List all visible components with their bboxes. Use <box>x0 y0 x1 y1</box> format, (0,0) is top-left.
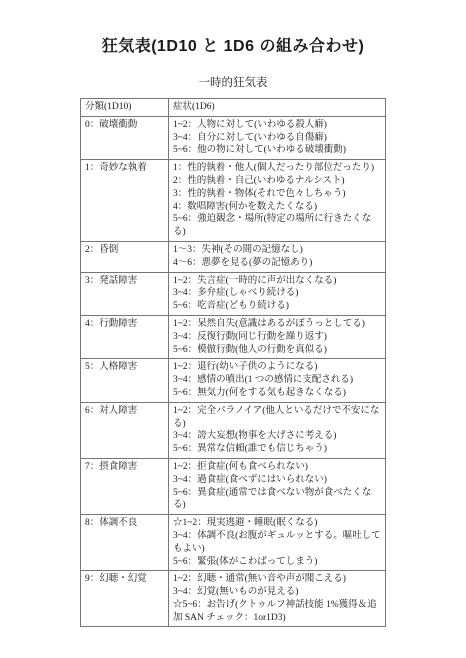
symptom-line: 3~4：体調不良(お腹がギュルッとする。嘔吐してもよい) <box>173 530 382 556</box>
madness-table-body: 0：破壊衝動1~2：人物に対して(いわゆる殺人癖)3~4：自分に対して(いわゆる… <box>81 116 386 627</box>
table-row: 1：奇妙な執着1：性的執着・他人(個人だったり部位だったり)2：性的執着・自己(… <box>81 160 386 242</box>
category-cell: 4：行動障害 <box>81 315 169 358</box>
table-row: 3：発話障害1~2：失言症(一時的に声が出なくなる)3~4：多弁症(しゃべり続け… <box>81 272 386 315</box>
symptom-line: 3~4：感情の噴出(1 つの感情に支配される) <box>173 374 382 387</box>
page-title: 狂気表(1D10 と 1D6 の組み合わせ) <box>0 36 466 57</box>
symptom-line: 3~4：反復行動(同じ行動を繰り返す) <box>173 331 382 344</box>
symptoms-cell: 1~2：退行(幼い子供のようになる)3~4：感情の噴出(1 つの感情に支配される… <box>169 359 386 402</box>
symptoms-cell: 1～3：失神(その間の記憶なし)4～6：悪夢を見る(夢の記憶あり) <box>169 241 386 272</box>
category-cell: 3：発話障害 <box>81 272 169 315</box>
category-cell: 9：幻聴・幻覚 <box>81 571 169 627</box>
symptom-line: 1~2：完全パラノイア(他人といるだけで不安になる) <box>173 405 382 431</box>
category-cell: 1：奇妙な執着 <box>81 160 169 242</box>
symptom-line: ☆1~2：現実逃避・睡眠(眠くなる) <box>173 517 382 530</box>
symptom-line: 5~6：吃音症(どもり続ける) <box>173 300 382 313</box>
symptom-line: 5~6：異食症(通常では食べない物が食べたくなる) <box>173 487 382 513</box>
symptom-line: 3~4：誇大妄想(物事を大げさに考える) <box>173 430 382 443</box>
symptom-line: 1~2：幻聴・通常(無い音や声が聞こえる) <box>173 573 382 586</box>
table-row: 9：幻聴・幻覚1~2：幻聴・通常(無い音や声が聞こえる)3~4：幻覚(無いものが… <box>81 571 386 627</box>
symptom-line: 3~4：過食症(食べずにはいられない) <box>173 474 382 487</box>
symptoms-cell: ☆1~2：現実逃避・睡眠(眠くなる)3~4：体調不良(お腹がギュルッとする。嘔吐… <box>169 515 386 571</box>
symptom-line: 2：性的執着・自己(いわゆるナルシスト) <box>173 175 382 188</box>
symptom-line: 5~6：異常な信頼(誰でも信じちゃう) <box>173 443 382 456</box>
symptom-line: 5~6：強迫観念・場所(特定の場所に行きたくなる) <box>173 213 382 239</box>
category-cell: 5：人格障害 <box>81 359 169 402</box>
temporary-madness-table: 分類(1D10) 症状(1D6) 0：破壊衝動1~2：人物に対して(いわゆる殺人… <box>80 98 386 627</box>
table-row: 0：破壊衝動1~2：人物に対して(いわゆる殺人癖)3~4：自分に対して(いわゆる… <box>81 116 386 159</box>
symptoms-cell: 1~2：人物に対して(いわゆる殺人癖)3~4：自分に対して(いわゆる自傷癖)5~… <box>169 116 386 159</box>
symptoms-cell: 1~2：呆然自失(意識はあるがぼうっとしてる)3~4：反復行動(同じ行動を繰り返… <box>169 315 386 358</box>
table-row: 8：体調不良☆1~2：現実逃避・睡眠(眠くなる)3~4：体調不良(お腹がギュルッ… <box>81 515 386 571</box>
symptoms-cell: 1：性的執着・他人(個人だったり部位だったり)2：性的執着・自己(いわゆるナルシ… <box>169 160 386 242</box>
table-row: 2：昏倒1～3：失神(その間の記憶なし)4～6：悪夢を見る(夢の記憶あり) <box>81 241 386 272</box>
category-cell: 8：体調不良 <box>81 515 169 571</box>
symptom-line: 1~2：人物に対して(いわゆる殺人癖) <box>173 119 382 132</box>
table-row: 6：対人障害1~2：完全パラノイア(他人といるだけで不安になる)3~4：誇大妄想… <box>81 402 386 458</box>
symptom-line: ☆5~6：お告げ(クトゥルフ神話技能 1%獲得＆追加 SAN チェック：1or1… <box>173 599 382 625</box>
page-subtitle: 一時的狂気表 <box>0 77 466 90</box>
symptom-line: 1～3：失神(その間の記憶なし) <box>173 244 382 257</box>
symptom-line: 5~6：他の物に対して(いわゆる破壊衝動) <box>173 144 382 157</box>
category-cell: 2：昏倒 <box>81 241 169 272</box>
symptoms-cell: 1~2：拒食症(何も食べられない)3~4：過食症(食べずにはいられない)5~6：… <box>169 458 386 514</box>
symptom-line: 1~2：呆然自失(意識はあるがぼうっとしてる) <box>173 318 382 331</box>
symptom-line: 3：性的執着・物体(それで色々しちゃう) <box>173 188 382 201</box>
symptom-line: 5~6：無気力(何をする気も起きなくなる) <box>173 387 382 400</box>
table-header: 分類(1D10) 症状(1D6) <box>81 99 386 117</box>
symptom-line: 1：性的執着・他人(個人だったり部位だったり) <box>173 162 382 175</box>
symptom-line: 3~4：幻覚(無いものが見える) <box>173 586 382 599</box>
symptoms-cell: 1~2：幻聴・通常(無い音や声が聞こえる)3~4：幻覚(無いものが見える)☆5~… <box>169 571 386 627</box>
symptom-line: 1~2：拒食症(何も食べられない) <box>173 461 382 474</box>
symptom-line: 1~2：退行(幼い子供のようになる) <box>173 361 382 374</box>
table-row: 5：人格障害1~2：退行(幼い子供のようになる)3~4：感情の噴出(1 つの感情… <box>81 359 386 402</box>
symptom-line: 1~2：失言症(一時的に声が出なくなる) <box>173 275 382 288</box>
symptom-line: 5~6：模倣行動(他人の行動を真似る) <box>173 344 382 357</box>
symptom-line: 5~6：緊張(体がこわばってしまう) <box>173 556 382 569</box>
table-header-row: 分類(1D10) 症状(1D6) <box>81 99 386 117</box>
symptom-line: 3~4：自分に対して(いわゆる自傷癖) <box>173 132 382 145</box>
category-cell: 6：対人障害 <box>81 402 169 458</box>
symptom-line: 4：数唱障害(何かを数えたくなる) <box>173 201 382 214</box>
header-symptom: 症状(1D6) <box>169 99 386 117</box>
category-cell: 0：破壊衝動 <box>81 116 169 159</box>
category-cell: 7：摂食障害 <box>81 458 169 514</box>
table-row: 4：行動障害1~2：呆然自失(意識はあるがぼうっとしてる)3~4：反復行動(同じ… <box>81 315 386 358</box>
symptoms-cell: 1~2：完全パラノイア(他人といるだけで不安になる)3~4：誇大妄想(物事を大げ… <box>169 402 386 458</box>
symptom-line: 4～6：悪夢を見る(夢の記憶あり) <box>173 257 382 270</box>
table-row: 7：摂食障害1~2：拒食症(何も食べられない)3~4：過食症(食べずにはいられな… <box>81 458 386 514</box>
symptom-line: 3~4：多弁症(しゃべり続ける) <box>173 287 382 300</box>
header-category: 分類(1D10) <box>81 99 169 117</box>
symptoms-cell: 1~2：失言症(一時的に声が出なくなる)3~4：多弁症(しゃべり続ける)5~6：… <box>169 272 386 315</box>
